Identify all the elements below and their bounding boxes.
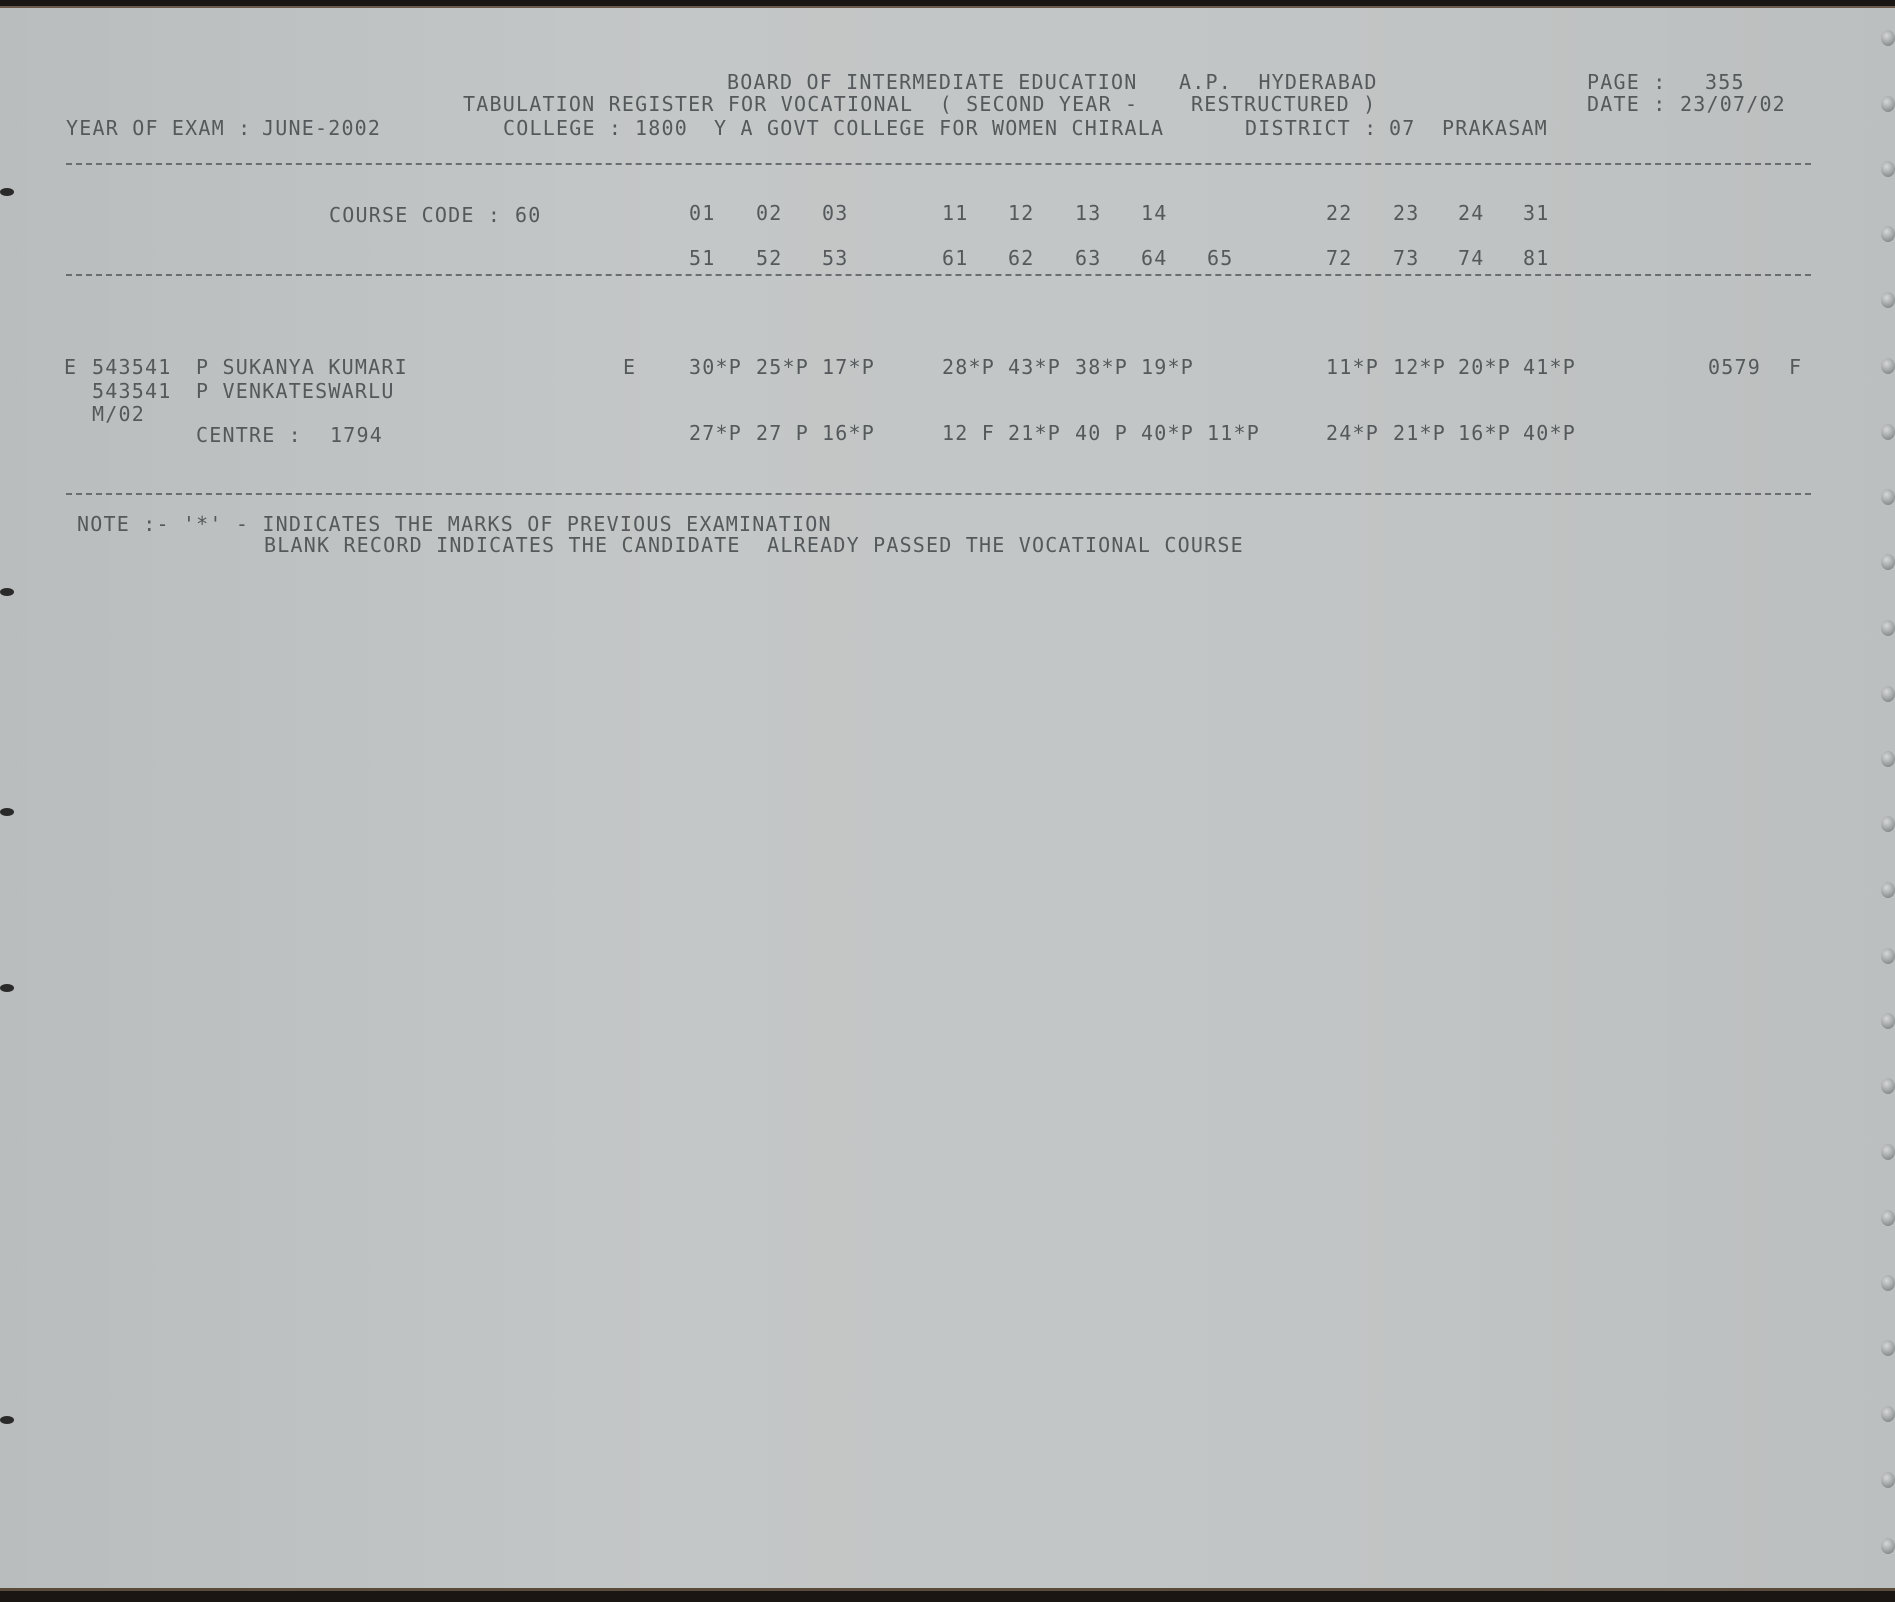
separator-line	[66, 493, 1811, 495]
page-number: 355	[1705, 71, 1745, 93]
tractor-hole-icon	[1881, 1275, 1895, 1291]
course-code: 60	[515, 204, 541, 226]
subject-code: 64	[1141, 247, 1167, 269]
tractor-hole-icon	[1881, 1406, 1895, 1422]
tractor-hole-icon	[1881, 686, 1895, 702]
subject-code: 03	[822, 202, 848, 224]
candidate-name: P SUKANYA KUMARI	[196, 356, 408, 378]
binding-mark-icon	[0, 984, 14, 992]
subject-code: 72	[1326, 247, 1352, 269]
subject-code: 02	[756, 202, 782, 224]
subject-code: 81	[1523, 247, 1549, 269]
mark-cell: 30*P	[689, 356, 742, 378]
separator-line	[66, 274, 1811, 276]
subject-code: 14	[1141, 202, 1167, 224]
mark-cell: 20*P	[1458, 356, 1511, 378]
tractor-hole-icon	[1881, 1472, 1895, 1488]
mark-cell: 38*P	[1075, 356, 1128, 378]
tractor-hole-icon	[1881, 1078, 1895, 1094]
mark-cell: 27*P	[689, 422, 742, 444]
subject-code: 52	[756, 247, 782, 269]
subject-code: 51	[689, 247, 715, 269]
board-location: A.P. HYDERABAD	[1179, 71, 1378, 93]
subject-code: 23	[1393, 202, 1419, 224]
result-status: F	[1789, 356, 1802, 378]
mark-cell: 19*P	[1141, 356, 1194, 378]
tractor-hole-icon	[1881, 358, 1895, 374]
binding-mark-icon	[0, 188, 14, 196]
tractor-hole-icon	[1881, 96, 1895, 112]
college-name: Y A GOVT COLLEGE FOR WOMEN CHIRALA	[714, 117, 1164, 139]
mark-cell: 21*P	[1008, 422, 1061, 444]
mark-cell: 12 F	[942, 422, 995, 444]
medium: E	[623, 356, 636, 378]
tractor-hole-icon	[1881, 292, 1895, 308]
mark-cell: 27 P	[756, 422, 809, 444]
subject-code: 62	[1008, 247, 1034, 269]
mark-cell: 16*P	[822, 422, 875, 444]
binding-mark-icon	[0, 808, 14, 816]
print-date: 23/07/02	[1680, 93, 1786, 115]
mark-cell: 25*P	[756, 356, 809, 378]
total-marks: 0579	[1708, 356, 1761, 378]
year-of-exam: JUNE-2002	[262, 117, 381, 139]
register-title: TABULATION REGISTER FOR VOCATIONAL ( SEC…	[463, 93, 1138, 115]
subject-code: 13	[1075, 202, 1101, 224]
subject-code: 63	[1075, 247, 1101, 269]
board-title: BOARD OF INTERMEDIATE EDUCATION	[727, 71, 1137, 93]
separator-line	[66, 163, 1811, 165]
mark-cell: 21*P	[1393, 422, 1446, 444]
year-of-exam-label: YEAR OF EXAM :	[66, 117, 251, 139]
subject-code: 22	[1326, 202, 1352, 224]
college-code: 1800	[635, 117, 688, 139]
mark-cell: 43*P	[1008, 356, 1061, 378]
tractor-hole-icon	[1881, 1144, 1895, 1160]
mark-cell: 12*P	[1393, 356, 1446, 378]
registration-number: 543541	[92, 380, 171, 402]
subject-code: 65	[1207, 247, 1233, 269]
page-label: PAGE :	[1587, 71, 1666, 93]
note-line-1: NOTE :- '*' - INDICATES THE MARKS OF PRE…	[77, 513, 832, 535]
subject-code: 11	[942, 202, 968, 224]
tractor-hole-icon	[1881, 1340, 1895, 1356]
tractor-hole-icon	[1881, 489, 1895, 505]
subject-code: 61	[942, 247, 968, 269]
tractor-hole-icon	[1881, 751, 1895, 767]
tractor-hole-icon	[1881, 161, 1895, 177]
subject-code: 74	[1458, 247, 1484, 269]
mark-cell: 40*P	[1141, 422, 1194, 444]
tractor-hole-icon	[1881, 948, 1895, 964]
mark-cell: 11*P	[1207, 422, 1260, 444]
hall-ticket-number: 543541	[92, 356, 171, 378]
record-prefix: E	[64, 356, 77, 378]
centre-code: 1794	[330, 424, 383, 446]
subject-code: 01	[689, 202, 715, 224]
mark-cell: 40*P	[1523, 422, 1576, 444]
mark-cell: 24*P	[1326, 422, 1379, 444]
district-code: 07	[1389, 117, 1415, 139]
tractor-hole-icon	[1881, 424, 1895, 440]
date-label: DATE :	[1587, 93, 1666, 115]
note-line-2: BLANK RECORD INDICATES THE CANDIDATE ALR…	[264, 534, 1244, 556]
mark-cell: 17*P	[822, 356, 875, 378]
binding-mark-icon	[0, 1416, 14, 1424]
centre-label: CENTRE :	[196, 424, 302, 446]
subject-code: 24	[1458, 202, 1484, 224]
binding-mark-icon	[0, 588, 14, 596]
mark-cell: 41*P	[1523, 356, 1576, 378]
tractor-hole-icon	[1881, 816, 1895, 832]
printed-register-sheet: BOARD OF INTERMEDIATE EDUCATION A.P. HYD…	[0, 6, 1895, 1591]
father-name: P VENKATESWARLU	[196, 380, 395, 402]
tractor-hole-icon	[1881, 226, 1895, 242]
tractor-hole-icon	[1881, 30, 1895, 46]
previous-exam: M/02	[92, 403, 145, 425]
mark-cell: 28*P	[942, 356, 995, 378]
subject-code: 12	[1008, 202, 1034, 224]
tractor-hole-icon	[1881, 1538, 1895, 1554]
subject-code: 31	[1523, 202, 1549, 224]
district-name: PRAKASAM	[1442, 117, 1548, 139]
subject-code: 53	[822, 247, 848, 269]
course-code-label: COURSE CODE :	[329, 204, 501, 226]
tractor-hole-icon	[1881, 620, 1895, 636]
tractor-hole-icon	[1881, 882, 1895, 898]
tractor-hole-icon	[1881, 1013, 1895, 1029]
mark-cell: 16*P	[1458, 422, 1511, 444]
mark-cell: 40 P	[1075, 422, 1128, 444]
college-label: COLLEGE :	[503, 117, 622, 139]
district-label: DISTRICT :	[1245, 117, 1377, 139]
mark-cell: 11*P	[1326, 356, 1379, 378]
register-variant: RESTRUCTURED )	[1191, 93, 1376, 115]
tractor-hole-icon	[1881, 1210, 1895, 1226]
tractor-hole-icon	[1881, 554, 1895, 570]
subject-code: 73	[1393, 247, 1419, 269]
